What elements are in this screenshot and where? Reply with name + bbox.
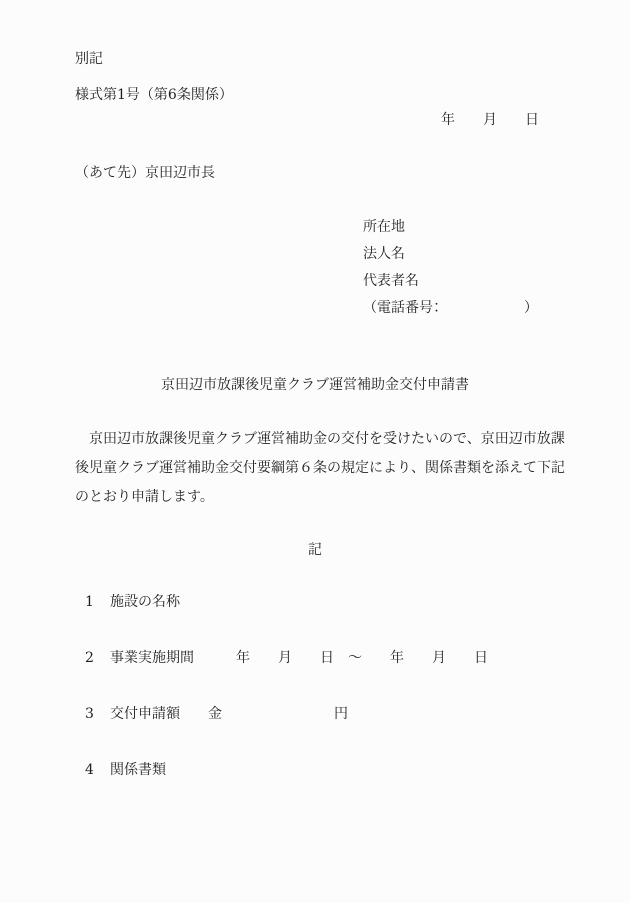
addressee: （あて先）京田辺市長	[75, 165, 555, 181]
body-paragraph-line: のとおり申請します。	[75, 483, 555, 512]
item-number: 4	[85, 762, 110, 778]
item-label: 事業実施期間	[110, 650, 194, 666]
form-item-facility-name: 1 施設の名称	[75, 594, 555, 610]
item-label: 交付申請額	[110, 706, 180, 722]
applicant-block: 所在地 法人名 代表者名 （電話番号： ）	[363, 219, 555, 316]
item-label: 施設の名称	[110, 594, 180, 610]
document-title: 京田辺市放課後児童クラブ運営補助金交付申請書	[75, 377, 555, 393]
item-value: 金 円	[180, 706, 348, 722]
corporation-name-label: 法人名	[363, 246, 555, 262]
item-value: 年 月 日 ～ 年 月 日	[194, 650, 488, 666]
form-item-grant-amount: 3 交付申請額 金 円	[75, 706, 555, 722]
address-label: 所在地	[363, 219, 555, 235]
item-number: 2	[85, 650, 110, 666]
item-number: 1	[85, 594, 110, 610]
document-page: 別記 様式第1号（第6条関係） 年 月 日 （あて先）京田辺市長 所在地 法人名…	[0, 0, 630, 903]
date-line: 年 月 日	[75, 112, 555, 128]
form-item-business-period: 2 事業実施期間 年 月 日 ～ 年 月 日	[75, 650, 555, 666]
form-number: 様式第1号（第6条関係）	[75, 87, 555, 103]
item-label: 関係書類	[110, 762, 166, 778]
phone-number-line: （電話番号： ）	[363, 300, 555, 316]
ki-heading: 記	[75, 542, 555, 558]
item-number: 3	[85, 706, 110, 722]
body-paragraph-line: 後児童クラブ運営補助金交付要綱第６条の規定により、関係書類を添えて下記	[75, 454, 555, 483]
body-paragraph: 京田辺市放課後児童クラブ運営補助金の交付を受けたいので、京田辺市放課 後児童クラ…	[75, 425, 555, 512]
representative-name-label: 代表者名	[363, 273, 555, 289]
appendix-label: 別記	[75, 51, 555, 67]
form-items-list: 1 施設の名称 2 事業実施期間 年 月 日 ～ 年 月 日 3 交付申請額 金…	[75, 594, 555, 778]
form-item-related-documents: 4 関係書類	[75, 762, 555, 778]
body-paragraph-line: 京田辺市放課後児童クラブ運営補助金の交付を受けたいので、京田辺市放課	[75, 425, 555, 454]
